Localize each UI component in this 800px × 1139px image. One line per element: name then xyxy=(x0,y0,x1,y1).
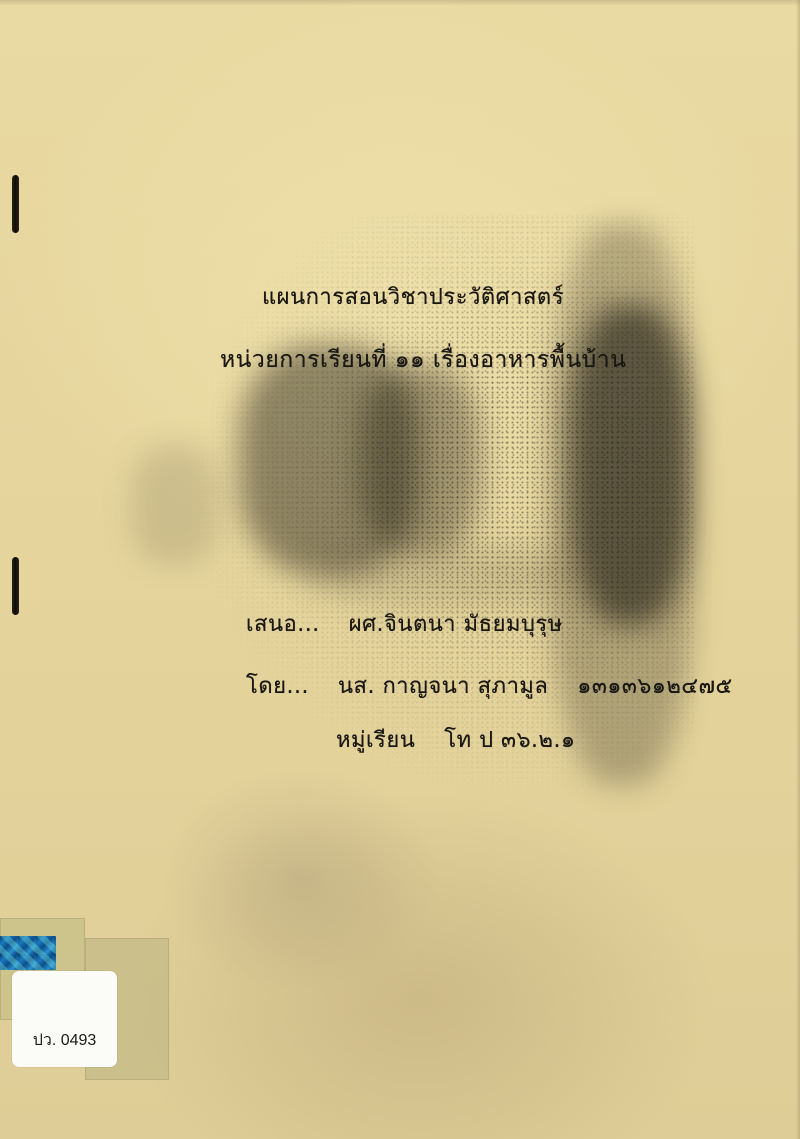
presented-by-line: โดย... นส. กาญจนา สุภามูล ๑๓๑๓๖๑๒๔๗๕ xyxy=(246,668,733,703)
paper-fold-edge xyxy=(0,0,800,6)
instructor-name: ผศ.จินตนา มัธยมบุรุษ xyxy=(349,612,563,637)
student-name: นส. กาญจนา สุภามูล xyxy=(338,674,548,699)
presented-to-label: เสนอ... xyxy=(246,612,320,637)
staple-top xyxy=(12,175,19,233)
call-number: ปว. 0493 xyxy=(12,1028,117,1053)
class-group-label: หมู่เรียน xyxy=(336,728,415,753)
class-group-line: หมู่เรียน โท ป ๓๖.๒.๑ xyxy=(336,722,576,757)
document-cover: แผนการสอนวิชาประวัติศาสตร์ หน่วยการเรียน… xyxy=(0,0,800,1139)
student-id: ๑๓๑๓๖๑๒๔๗๕ xyxy=(577,674,732,699)
class-group-value: โท ป ๓๖.๒.๑ xyxy=(444,728,575,753)
title-subject: แผนการสอนวิชาประวัติศาสตร์ xyxy=(262,279,564,314)
hologram-security-sticker xyxy=(0,936,56,970)
library-call-number-label: ปว. 0493 xyxy=(12,971,117,1067)
staple-bottom xyxy=(12,557,19,615)
presented-by-label: โดย... xyxy=(246,674,309,699)
title-unit: หน่วยการเรียนที่ ๑๑ เรื่องอาหารพื้นบ้าน xyxy=(220,342,626,378)
presented-to-line: เสนอ... ผศ.จินตนา มัธยมบุรุษ xyxy=(246,606,563,641)
